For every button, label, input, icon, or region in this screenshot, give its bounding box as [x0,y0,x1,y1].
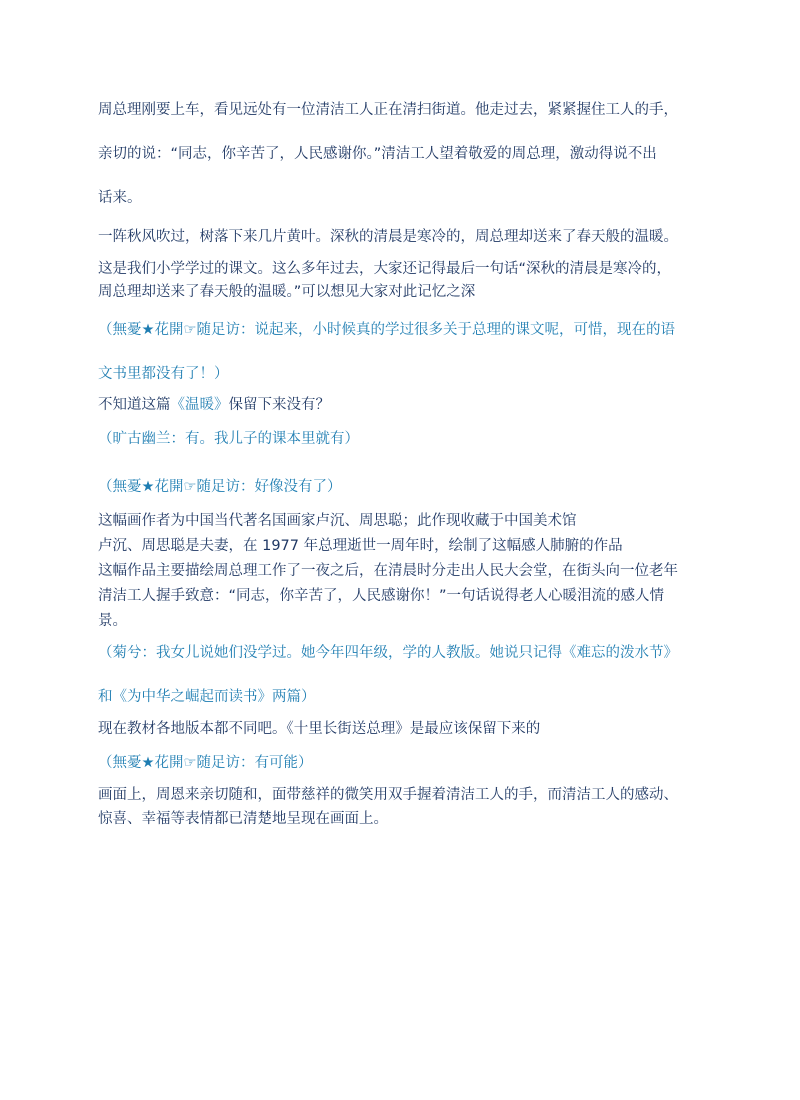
article-paragraph2-line1: 一阵秋风吹过，树落下来几片黄叶。深秋的清晨是寒冷的，周总理却送来了春天般的温暖。 [98,227,678,247]
article-paragraph1-line2: 亲切的说：“同志，你辛苦了，人民感谢你。”清洁工人望着敬爱的周总理，激动得说不出 [98,144,657,164]
closing-paragraph-line1: 画面上，周恩来亲切随和，面带慈祥的微笑用双手握着清洁工人的手，而清洁工人的感动、 [98,785,678,805]
article-paragraph1-line1: 周总理刚要上车，看见远处有一位清洁工人正在清扫街道。他走过去，紧紧握住工人的手， [98,100,678,120]
comment-wuyou1-line2: 文书里都没有了！） [98,364,229,384]
painting-description-line4: 清洁工人握手致意：“同志，你辛苦了，人民感谢你！”一句话说得老人心暖泪流的感人情 [98,586,664,606]
question-suffix: 保留下来没有？ [229,397,331,413]
closing-paragraph-line2: 惊喜、幸福等表情都已清楚地呈现在画面上。 [98,809,388,829]
question-line: 不知道这篇《温暖》保留下来没有？ [98,395,330,415]
comment-kuangguyoulan: （旷古幽兰：有。我儿子的课本里就有） [98,429,359,449]
book-title-highlight: 《温暖》 [171,397,229,413]
document-page: 周总理刚要上车，看见远处有一位清洁工人正在清扫街道。他走过去，紧紧握住工人的手，… [0,0,800,1100]
comment-wuyou1-line1: （無憂★花開☞随足访：说起来，小时候真的学过很多关于总理的课文呢，可惜，现在的语 [98,320,675,340]
painting-description-line3: 这幅作品主要描绘周总理工作了一夜之后，在清晨时分走出人民大会堂，在街头向一位老年 [98,561,678,581]
article-paragraph1-line3: 话来。 [98,188,142,208]
textbook-remark-line: 现在教材各地版本都不同吧。《十里长街送总理》是最应该保留下来的 [98,719,540,739]
article-paragraph3-line1: 这是我们小学学过的课文。这么多年过去，大家还记得最后一句话“深秋的清晨是寒冷的， [98,259,671,279]
question-prefix: 不知道这篇 [98,397,171,413]
article-paragraph3-line2: 周总理却送来了春天般的温暖。”可以想见大家对此记忆之深 [98,282,475,302]
comment-juxi-line1: （菊兮：我女儿说她们没学过。她今年四年级，学的人教版。她说只记得《难忘的泼水节》 [98,643,678,663]
comment-wuyou3: （無憂★花開☞随足访：有可能） [98,753,313,773]
painting-description-line2: 卢沉、周思聪是夫妻，在 1977 年总理逝世一周年时，绘制了这幅感人肺腑的作品 [98,536,623,556]
painting-description-line1: 这幅画作者为中国当代著名国画家卢沉、周思聪；此作现收藏于中国美术馆 [98,511,577,531]
comment-wuyou2: （無憂★花開☞随足访：好像没有了） [98,477,342,497]
comment-juxi-line2: 和《为中华之崛起而读书》两篇） [98,687,316,707]
painting-description-line5: 景。 [98,611,127,631]
